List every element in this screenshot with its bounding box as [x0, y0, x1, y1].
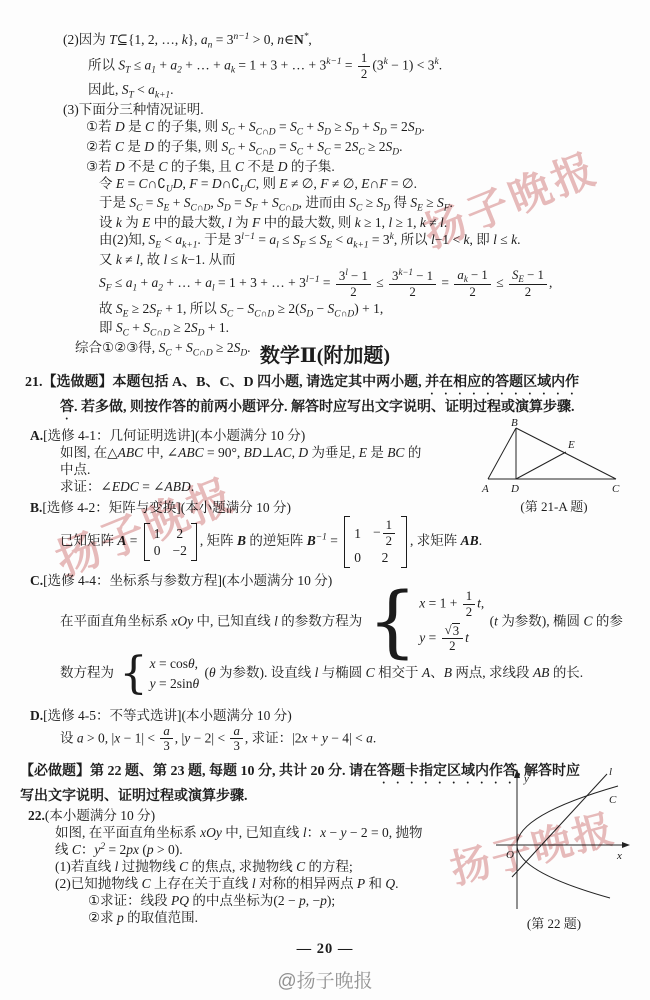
label-B: B: [511, 417, 518, 429]
q21b-line: 已知矩阵 A = 120−2, 矩阵 B 的逆矩阵 B−1 = 1−1202, …: [60, 516, 650, 568]
proof-line: 所以 ST ≤ a1 + a2 + … + ak = 1 + 3 + … + 3…: [88, 51, 650, 82]
label-l: l: [609, 766, 612, 778]
proof-line: (2)因为 T⊆{1, 2, …, k}, an = 3n−1 > 0, n∈N…: [63, 31, 650, 51]
label-y: y: [523, 773, 529, 785]
proof-line: 故 SE ≥ 2SF + 1, 所以 SC − SC∩D ≥ 2(SD − SC…: [99, 300, 650, 320]
parabola-figure: O x y l C: [440, 762, 640, 912]
figure-22: O x y l C (第 22 题): [440, 762, 640, 932]
label-D: D: [510, 483, 519, 495]
label-C: C: [612, 483, 620, 495]
q21c-heading: C.[选修 4-4：坐标系与参数方程](本小题满分 10 分): [30, 572, 650, 589]
label-origin: O: [506, 849, 514, 861]
section-title: 数学Ⅱ(附加题): [0, 343, 650, 369]
page-number: — 20 —: [0, 941, 650, 958]
label-C: C: [609, 794, 617, 806]
q21d-heading: D.[选修 4-5：不等式选讲](本小题满分 10 分): [30, 707, 650, 724]
proof-line: 于是 SC = SE + SC∩D, SD = SF + SC∩D, 进而由 S…: [99, 194, 650, 214]
q21d-line: 设 a > 0, |x − 1| < a3, |y − 2| < a3, 求证：…: [60, 724, 650, 755]
exam-page: (2)因为 T⊆{1, 2, …, k}, an = 3n−1 > 0, n∈N…: [0, 0, 650, 1000]
proof-line: ②若 C 是 D 的子集, 则 SC + SC∩D = SC + SC = 2S…: [86, 138, 650, 158]
proof-line: 由(2)知, SE < ak+1. 于是 3l−1 = al ≤ SF ≤ SE…: [99, 231, 650, 251]
proof-line: 又 k ≠ l, 故 l ≤ k−1. 从而: [99, 251, 650, 268]
previous-solution-proof: (2)因为 T⊆{1, 2, …, k}, an = 3n−1 > 0, n∈N…: [0, 31, 650, 359]
figure-21a: B E A D C (第 21-A 题): [470, 417, 638, 515]
proof-line: 因此, ST < ak+1.: [88, 81, 650, 101]
proof-line: SF ≤ a1 + a2 + … + al = 1 + 3 + … + 3l−1…: [99, 268, 650, 300]
label-E: E: [567, 439, 575, 451]
figure-22-caption: (第 22 题): [440, 916, 640, 932]
proof-line: ③若 D 不是 C 的子集, 且 C 不是 D 的子集.: [86, 158, 650, 175]
edge-AB: [488, 428, 516, 479]
q21c-line: 在平面直角坐标系 xOy 中, 已知直线 l 的参数方程为 {x = 1 + 1…: [60, 589, 650, 655]
x-axis-arrow: [622, 842, 630, 848]
proof-line: (3)下面分三种情况证明.: [63, 101, 650, 118]
label-A: A: [481, 483, 489, 495]
q21-instructions-line1: 21.【选做题】本题包括 A、B、C、D 四小题, 请选定其中两小题, 并在相应…: [25, 373, 650, 398]
parabola-upper: [517, 786, 618, 845]
segment-DE: [516, 452, 566, 479]
weibo-watermark: @扬子晚报: [0, 966, 650, 993]
proof-line: ①若 D 是 C 的子集, 则 SC + SC∩D = SC + SD ≥ SD…: [86, 118, 650, 138]
figure-21a-caption: (第 21-A 题): [470, 499, 638, 515]
proof-line: 设 k 为 E 中的最大数, l 为 F 中的最大数, 则 k ≥ 1, l ≥…: [99, 214, 650, 231]
triangle-figure: B E A D C: [470, 417, 638, 495]
y-axis-arrow: [514, 769, 520, 778]
parabola-lower: [517, 845, 610, 898]
q21c-line: 数方程为 {x = cosθ,y = 2sinθ (θ 为参数). 设直线 l …: [60, 655, 650, 693]
proof-line: 令 E = C∩∁UD, F = D∩∁UC, 则 E ≠ ∅, F ≠ ∅, …: [99, 175, 650, 195]
label-x: x: [616, 850, 622, 862]
